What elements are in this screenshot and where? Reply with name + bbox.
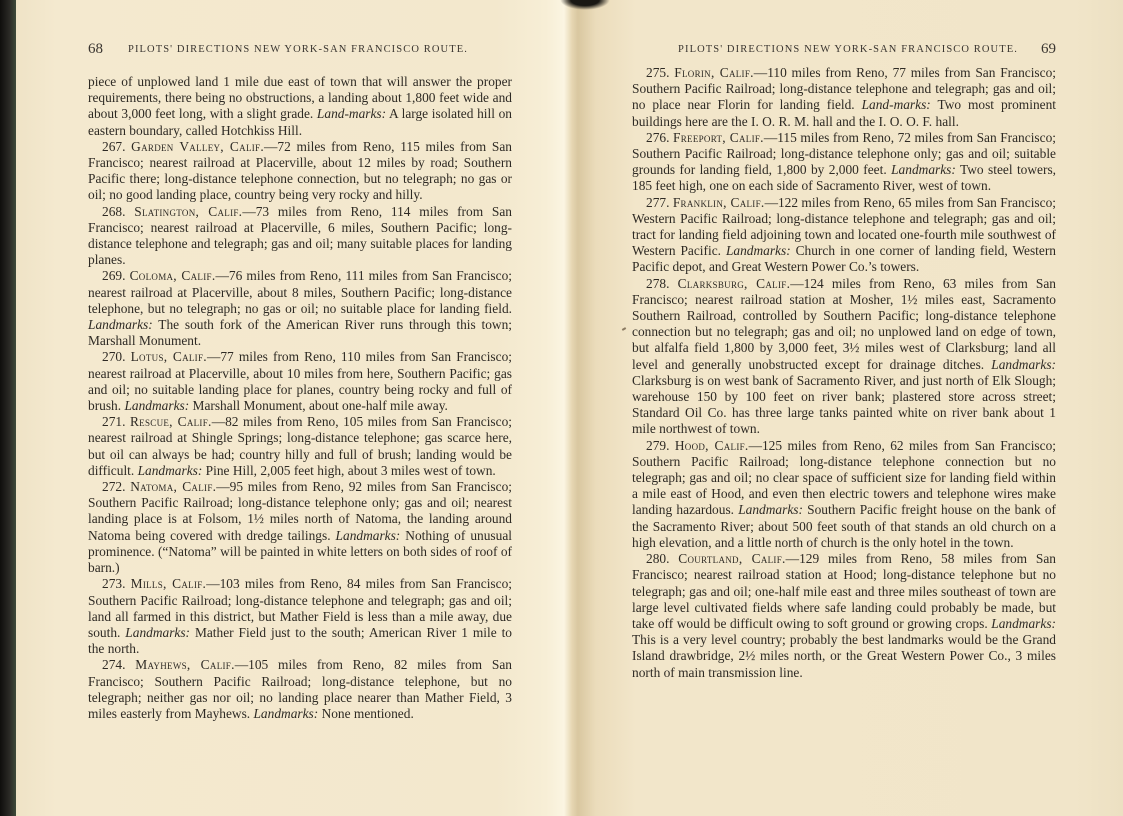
- landmarks-label: Landmarks:: [124, 398, 189, 413]
- landmarks-text: Pine Hill, 2,005 feet high, about 3 mile…: [202, 463, 495, 478]
- landmarks-label: Landmarks:: [738, 502, 803, 517]
- right-page: PILOTS' DIRECTIONS NEW YORK-SAN FRANCISC…: [632, 0, 1056, 816]
- landmarks-label: Landmarks:: [138, 463, 203, 478]
- directory-entry: 273. Mills, Calif.—103 miles from Reno, …: [88, 576, 512, 657]
- running-head-title: PILOTS' DIRECTIONS NEW YORK-SAN FRANCISC…: [678, 44, 1018, 55]
- running-head: 68 PILOTS' DIRECTIONS NEW YORK-SAN FRANC…: [88, 44, 512, 64]
- entry-number: 268.: [102, 204, 125, 219]
- place-name: Coloma, Calif.: [130, 268, 216, 283]
- place-name: Lotus, Calif.: [131, 349, 207, 364]
- landmarks-label: Land-marks:: [317, 106, 386, 121]
- directory-entry: 280. Courtland, Calif.—129 miles from Re…: [632, 551, 1056, 681]
- page-number: 68: [88, 41, 103, 58]
- entry-number: 275.: [646, 65, 669, 80]
- landmarks-text: This is a very level country; probably t…: [632, 632, 1056, 679]
- landmarks-label: Landmarks:: [991, 616, 1056, 631]
- spine-shadow: [560, 0, 610, 10]
- entry-number: 274.: [102, 657, 125, 672]
- entry-number: 276.: [646, 130, 669, 145]
- entry-number: 279.: [646, 438, 669, 453]
- place-name: Natoma, Calif.: [130, 479, 216, 494]
- page-number: 69: [1041, 41, 1056, 58]
- place-name: Hood, Calif.: [675, 438, 749, 453]
- landmarks-label: Landmarks:: [991, 357, 1056, 372]
- landmarks-label: Landmarks:: [891, 162, 956, 177]
- landmarks-text: None mentioned.: [318, 706, 414, 721]
- entry-number: 270.: [102, 349, 125, 364]
- left-page: 68 PILOTS' DIRECTIONS NEW YORK-SAN FRANC…: [88, 0, 512, 816]
- place-name: Garden Valley, Calif.: [131, 139, 264, 154]
- landmarks-label: Landmarks:: [253, 706, 318, 721]
- landmarks-label: Land-marks:: [862, 97, 931, 112]
- place-name: Mayhews, Calif.: [135, 657, 235, 672]
- entry-number: 269.: [102, 268, 125, 283]
- landmarks-label: Landmarks:: [726, 243, 791, 258]
- directory-entry: 268. Slatington, Calif.—73 miles from Re…: [88, 204, 512, 269]
- place-name: Franklin, Calif.: [673, 195, 765, 210]
- entry-number: 278.: [646, 276, 669, 291]
- page-body: piece of unplowed land 1 mile due east o…: [88, 74, 512, 722]
- directory-entry: 277. Franklin, Calif.—122 miles from Ren…: [632, 195, 1056, 276]
- directory-entry: 275. Florin, Calif.—110 miles from Reno,…: [632, 65, 1056, 130]
- directory-entry: 276. Freeport, Calif.—115 miles from Ren…: [632, 130, 1056, 195]
- page-body: 275. Florin, Calif.—110 miles from Reno,…: [632, 65, 1056, 681]
- place-name: Rescue, Calif.: [130, 414, 212, 429]
- landmarks-label: Landmarks:: [88, 317, 153, 332]
- directory-entry: 269. Coloma, Calif.—76 miles from Reno, …: [88, 268, 512, 349]
- entry-number: 272.: [102, 479, 125, 494]
- place-name: Florin, Calif.: [674, 65, 754, 80]
- directory-entry: 271. Rescue, Calif.—82 miles from Reno, …: [88, 414, 512, 479]
- directory-entry: 267. Garden Valley, Calif.—72 miles from…: [88, 139, 512, 204]
- entry-list: 267. Garden Valley, Calif.—72 miles from…: [88, 139, 512, 722]
- landmarks-text: Marshall Monument, about one-half mile a…: [189, 398, 448, 413]
- place-name: Mills, Calif.: [131, 576, 207, 591]
- entry-number: 267.: [102, 139, 125, 154]
- running-head: PILOTS' DIRECTIONS NEW YORK-SAN FRANCISC…: [632, 44, 1056, 64]
- place-name: Slatington, Calif.: [134, 204, 242, 219]
- directory-entry: 279. Hood, Calif.—125 miles from Reno, 6…: [632, 438, 1056, 551]
- landmarks-text: Clarksburg is on west bank of Sacramento…: [632, 373, 1056, 437]
- place-name: Freeport, Calif.: [673, 130, 764, 145]
- directory-entry: 278. Clarksburg, Calif.—124 miles from R…: [632, 276, 1056, 438]
- landmarks-label: Landmarks:: [125, 625, 190, 640]
- book-edge-background: [0, 0, 16, 816]
- landmarks-label: Landmarks:: [336, 528, 401, 543]
- directory-entry: 274. Mayhews, Calif.—105 miles from Reno…: [88, 657, 512, 722]
- entry-number: 271.: [102, 414, 125, 429]
- entry-number: 277.: [646, 195, 669, 210]
- entry-number: 273.: [102, 576, 125, 591]
- place-name: Clarksburg, Calif.: [678, 276, 791, 291]
- entry-list: 275. Florin, Calif.—110 miles from Reno,…: [632, 65, 1056, 681]
- place-name: Courtland, Calif.: [678, 551, 785, 566]
- directory-entry: 272. Natoma, Calif.—95 miles from Reno, …: [88, 479, 512, 576]
- entry-number: 280.: [646, 551, 669, 566]
- directory-entry: 270. Lotus, Calif.—77 miles from Reno, 1…: [88, 349, 512, 414]
- running-head-title: PILOTS' DIRECTIONS NEW YORK-SAN FRANCISC…: [128, 44, 468, 55]
- continued-paragraph: piece of unplowed land 1 mile due east o…: [88, 74, 512, 139]
